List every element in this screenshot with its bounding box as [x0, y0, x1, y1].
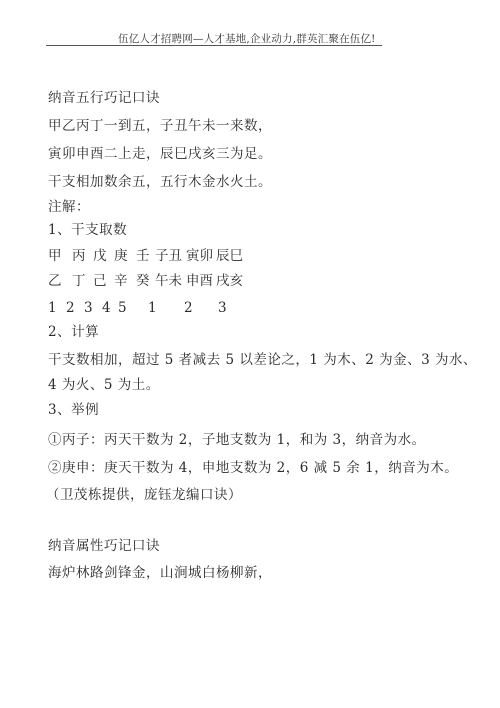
grid-number: 1 — [148, 300, 157, 316]
grid-cell: 丙 — [72, 248, 86, 264]
grid-number: 2 — [184, 300, 193, 316]
notes-label: 注解： — [48, 199, 90, 215]
grid-cell: 乙 — [48, 273, 62, 289]
header-slogan: 伍亿人才招聘网—人才基地,企业动力,群英汇聚在伍亿! — [118, 31, 376, 46]
verse-line: 寅卯申酉二上走，辰巳戌亥三为足。 — [48, 146, 272, 162]
grid-cell: 癸 — [136, 273, 150, 289]
grid-number: 5 — [118, 300, 127, 316]
subsection-title: 3、举例 — [48, 402, 99, 418]
verse-line: 海炉林路剑锋金，山涧城白杨柳新， — [48, 565, 272, 581]
verse-line: 甲乙丙丁一到五，子丑午未一来数， — [48, 118, 272, 134]
grid-cell: 壬 — [136, 248, 150, 264]
grid-cell: 戊 — [93, 248, 107, 264]
grid-cell: 庚 — [114, 248, 128, 264]
grid-number: 4 — [102, 300, 111, 316]
grid-number: 2 — [66, 300, 75, 316]
grid-cell: 戌亥 — [216, 273, 243, 289]
subsection-title: 2、计算 — [48, 324, 99, 340]
grid-cell: 寅卯 — [186, 248, 213, 264]
credit-line: （卫茂栋提供，庞钰龙编口诀） — [46, 487, 242, 503]
grid-cell: 甲 — [48, 248, 62, 264]
section-title: 纳音五行巧记口诀 — [48, 90, 160, 106]
example-line: ①丙子：丙天干数为 2，子地支数为 1，和为 3，纳音为水。 — [48, 432, 426, 448]
grid-cell: 子丑 — [155, 248, 182, 264]
subsection-title: 1、干支取数 — [48, 222, 127, 238]
paragraph-line: 4 为火、5 为土。 — [48, 377, 160, 393]
grid-number: 3 — [218, 300, 227, 316]
grid-cell: 辛 — [114, 273, 128, 289]
verse-line: 干支相加数余五，五行木金水火土。 — [48, 174, 272, 190]
header-divider — [46, 45, 382, 46]
grid-cell: 午未 — [155, 273, 182, 289]
grid-number: 1 — [48, 300, 57, 316]
grid-cell: 辰巳 — [216, 248, 243, 264]
grid-cell: 申酉 — [186, 273, 213, 289]
section-title: 纳音属性巧记口诀 — [48, 538, 160, 554]
grid-cell: 丁 — [72, 273, 86, 289]
grid-cell: 己 — [93, 273, 107, 289]
paragraph-line: 干支数相加，超过 5 者减去 5 以差论之，1 为木、2 为金、3 为水、 — [48, 352, 477, 368]
example-line: ②庚申：庚天干数为 4，申地支数为 2，6 减 5 余 1，纳音为木。 — [48, 460, 458, 476]
grid-number: 3 — [84, 300, 93, 316]
